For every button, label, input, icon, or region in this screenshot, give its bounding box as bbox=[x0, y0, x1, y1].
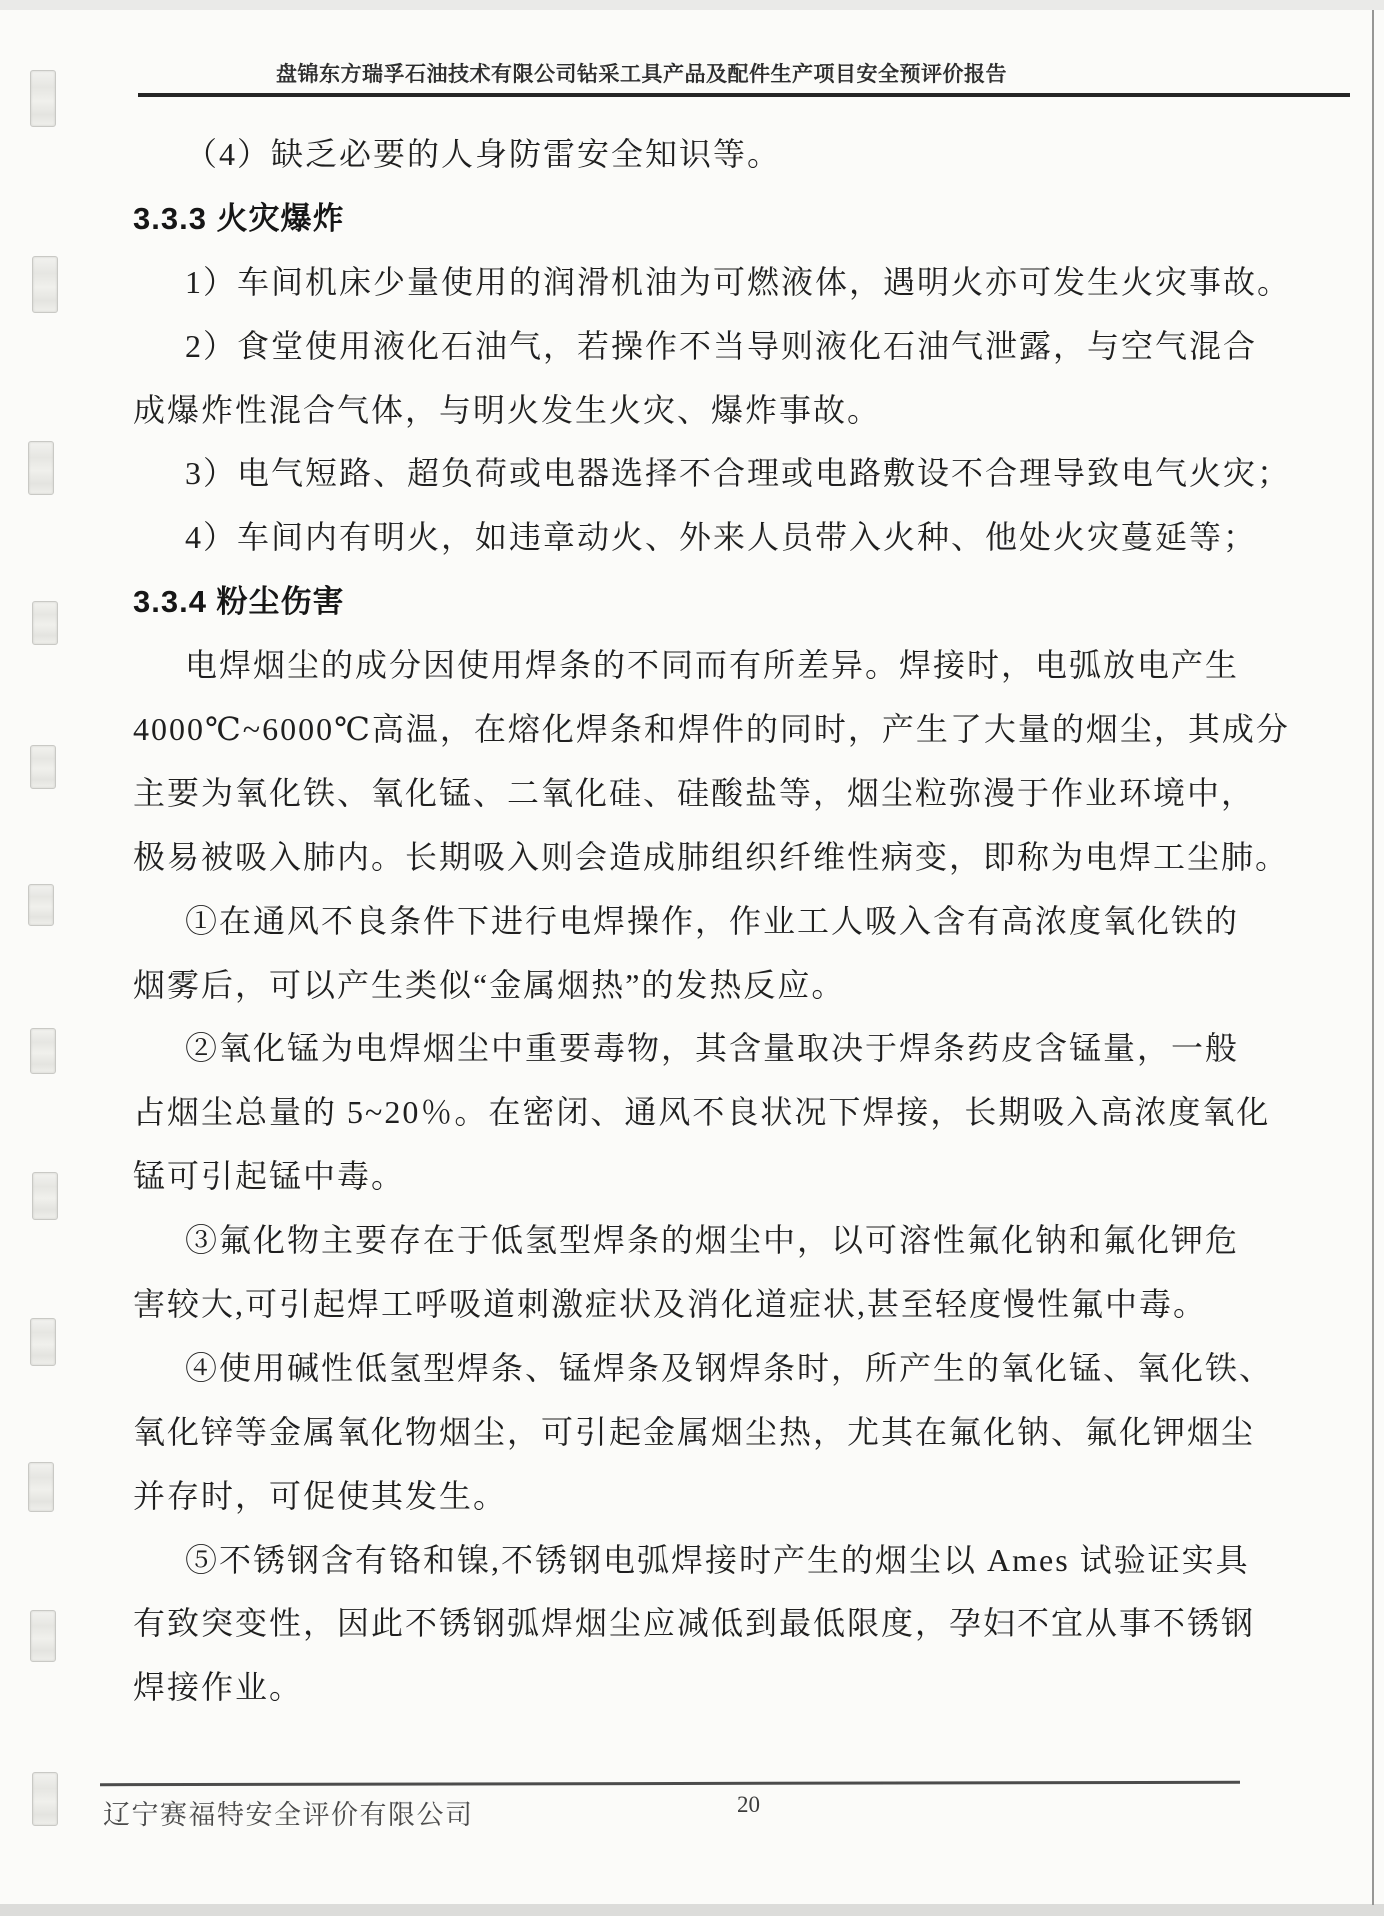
binding-hole bbox=[28, 884, 54, 926]
binding-hole bbox=[30, 70, 56, 127]
scanned-document-page: { "header": { "title": "盘锦东方瑞孚石油技术有限公司钻采… bbox=[0, 0, 1384, 1916]
document-body: （4）缺乏必要的人身防雷安全知识等。3.3.3 火灾爆炸1）车间机床少量使用的润… bbox=[133, 123, 1313, 1720]
page-number: 20 bbox=[737, 1792, 760, 1818]
binding-hole bbox=[30, 1028, 56, 1074]
text-line: 电焊烟尘的成分因使用焊条的不同而有所差异。焊接时，电弧放电产生 bbox=[133, 634, 1313, 698]
text-line: 4）车间内有明火，如违章动火、外来人员带入火种、他处火灾蔓延等； bbox=[133, 506, 1313, 570]
binding-hole bbox=[32, 256, 58, 313]
binding-hole bbox=[32, 1172, 58, 1220]
footer-rule bbox=[100, 1781, 1240, 1786]
page-edge-shadow bbox=[1372, 10, 1374, 1905]
text-line: 极易被吸入肺内。长期吸入则会造成肺组织纤维性病变，即称为电焊工尘肺。 bbox=[133, 826, 1313, 890]
binding-hole bbox=[30, 745, 56, 789]
binding-hole bbox=[30, 1610, 56, 1662]
header-title: 盘锦东方瑞孚石油技术有限公司钻采工具产品及配件生产项目安全预评价报告 bbox=[276, 58, 1096, 88]
footer-company: 辽宁赛福特安全评价有限公司 bbox=[103, 1793, 474, 1832]
binding-hole bbox=[30, 1318, 56, 1366]
binding-hole bbox=[32, 1772, 58, 1826]
text-line: 害较大,可引起焊工呼吸道刺激症状及消化道症状,甚至轻度慢性氟中毒。 bbox=[133, 1273, 1313, 1337]
section-heading: 3.3.4 粉尘伤害 bbox=[133, 570, 1313, 634]
header-rule bbox=[138, 93, 1350, 97]
text-line: 2）食堂使用液化石油气，若操作不当导则液化石油气泄露，与空气混合 bbox=[133, 315, 1313, 379]
binding-hole bbox=[28, 1462, 54, 1512]
binding-hole bbox=[28, 441, 54, 495]
text-line: 氧化锌等金属氧化物烟尘，可引起金属烟尘热，尤其在氟化钠、氟化钾烟尘 bbox=[133, 1401, 1313, 1465]
text-line: 成爆炸性混合气体，与明火发生火灾、爆炸事故。 bbox=[133, 379, 1313, 443]
text-line: ③氟化物主要存在于低氢型焊条的烟尘中，以可溶性氟化钠和氟化钾危 bbox=[133, 1209, 1313, 1273]
binding-hole bbox=[32, 601, 58, 645]
section-heading: 3.3.3 火灾爆炸 bbox=[133, 187, 1313, 251]
text-line: 4000℃~6000℃高温，在熔化焊条和焊件的同时，产生了大量的烟尘，其成分 bbox=[133, 698, 1313, 762]
text-line: 有致突变性，因此不锈钢弧焊烟尘应减低到最低限度，孕妇不宜从事不锈钢 bbox=[133, 1592, 1313, 1656]
text-line: ④使用碱性低氢型焊条、锰焊条及钢焊条时，所产生的氧化锰、氧化铁、 bbox=[133, 1337, 1313, 1401]
text-line: 锰可引起锰中毒。 bbox=[133, 1145, 1313, 1209]
text-line: ①在通风不良条件下进行电焊操作，作业工人吸入含有高浓度氧化铁的 bbox=[133, 890, 1313, 954]
text-line: 1）车间机床少量使用的润滑机油为可燃液体，遇明火亦可发生火灾事故。 bbox=[133, 251, 1313, 315]
scan-edge-bottom bbox=[0, 1904, 1384, 1916]
text-line: 并存时，可促使其发生。 bbox=[133, 1465, 1313, 1529]
text-line: 焊接作业。 bbox=[133, 1656, 1313, 1720]
text-line: 3）电气短路、超负荷或电器选择不合理或电路敷设不合理导致电气火灾； bbox=[133, 442, 1313, 506]
text-line: 烟雾后，可以产生类似“金属烟热”的发热反应。 bbox=[133, 954, 1313, 1018]
text-line: 主要为氧化铁、氧化锰、二氧化硅、硅酸盐等，烟尘粒弥漫于作业环境中， bbox=[133, 762, 1313, 826]
text-line: ②氧化锰为电焊烟尘中重要毒物，其含量取决于焊条药皮含锰量，一般 bbox=[133, 1017, 1313, 1081]
scan-edge-top bbox=[0, 0, 1384, 10]
text-line: 占烟尘总量的 5~20％。在密闭、通风不良状况下焊接，长期吸入高浓度氧化 bbox=[133, 1081, 1313, 1145]
text-line: ⑤不锈钢含有铬和镍,不锈钢电弧焊接时产生的烟尘以 Ames 试验证实具 bbox=[133, 1529, 1313, 1593]
text-line: （4）缺乏必要的人身防雷安全知识等。 bbox=[133, 123, 1313, 187]
